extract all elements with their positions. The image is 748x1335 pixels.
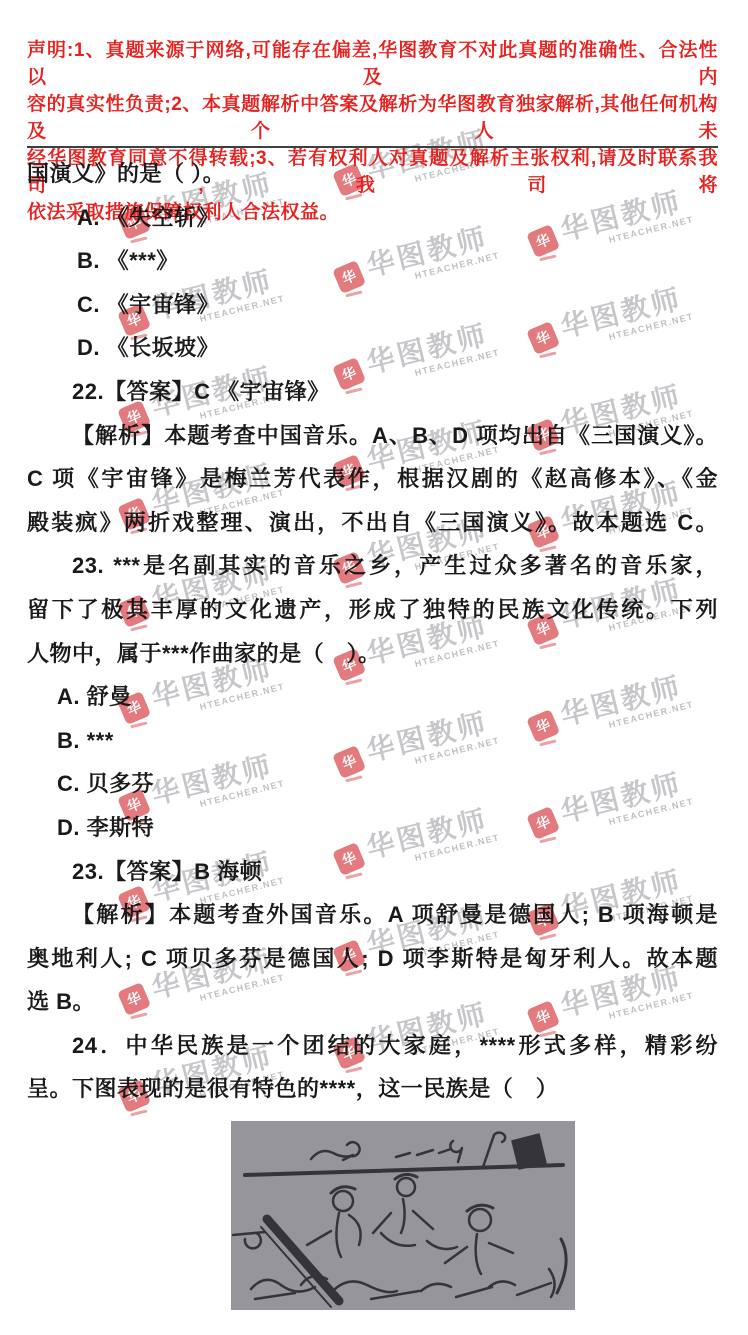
- body-line: 呈。下图表现的是很有特色的****，这一民族是（ ）: [27, 1067, 718, 1111]
- disclaimer-line: 声明:1、真题来源于网络,可能存在偏差,华图教育不对此真题的准确性、合法性以及内: [27, 37, 718, 91]
- body-line: C 项《宇宙锋》是梅兰芳代表作，根据汉剧的《赵高修本》、《金: [27, 457, 718, 501]
- question-24-photo: [231, 1121, 575, 1310]
- document-body: 国演义》的是（ ）。A. 《失空斩》B. 《***》C. 《宇宙锋》D. 《长坂…: [27, 152, 718, 1111]
- body-line: D. 李斯特: [27, 806, 718, 850]
- body-line: A. 舒曼: [27, 675, 718, 719]
- body-line: 23. ***是名副其实的音乐之乡，产生过众多著名的音乐家，: [27, 544, 718, 588]
- body-line: B. ***: [27, 719, 718, 763]
- body-line: D. 《长坂坡》: [27, 326, 718, 370]
- body-line: 24．中华民族是一个团结的大家庭，****形式多样，精彩纷: [27, 1024, 718, 1068]
- body-line: C. 贝多芬: [27, 762, 718, 806]
- body-line: 【解析】本题考查中国音乐。A、B、D 项均出自《三国演义》。: [27, 414, 718, 458]
- body-line: 奥地利人; C 项贝多芬是德国人; D 项李斯特是匈牙利人。故本题: [27, 937, 718, 981]
- disclaimer-text: 1、真题来源于网络,可能存在偏差,华图教育不对此真题的准确性、合法性以及内: [27, 40, 718, 88]
- body-line: C. 《宇宙锋》: [27, 283, 718, 327]
- separator-line: [27, 146, 718, 148]
- body-line: 殿装疯》两折戏整理、演出，不出自《三国演义》。故本题选 C。: [27, 501, 718, 545]
- body-line: 22.【答案】C 《宇宙锋》: [27, 370, 718, 414]
- disclaimer-line: 容的真实性负责;2、本真题解析中答案及解析为华图教育独家解析,其他任何机构及个人…: [27, 91, 718, 145]
- disclaimer-label: 声明:: [27, 40, 74, 61]
- ethnic-dance-sketch: [231, 1121, 575, 1310]
- body-line: 23.【答案】B 海顿: [27, 850, 718, 894]
- body-line: B. 《***》: [27, 239, 718, 283]
- body-line: 【解析】本题考查外国音乐。A 项舒曼是德国人; B 项海顿是: [27, 893, 718, 937]
- body-line: 留下了极其丰厚的文化遗产，形成了独特的民族文化传统。下列: [27, 588, 718, 632]
- body-line: A. 《失空斩》: [27, 196, 718, 240]
- document-content: 声明:1、真题来源于网络,可能存在偏差,华图教育不对此真题的准确性、合法性以及内…: [0, 0, 748, 1335]
- page: 华华图教师HTEACHER.NET华华图教师HTEACHER.NET华华图教师H…: [0, 0, 748, 1335]
- body-line: 选 B。: [27, 980, 718, 1024]
- body-line: 国演义》的是（ ）。: [27, 152, 718, 196]
- body-line: 人物中，属于***作曲家的是（ ）。: [27, 632, 718, 676]
